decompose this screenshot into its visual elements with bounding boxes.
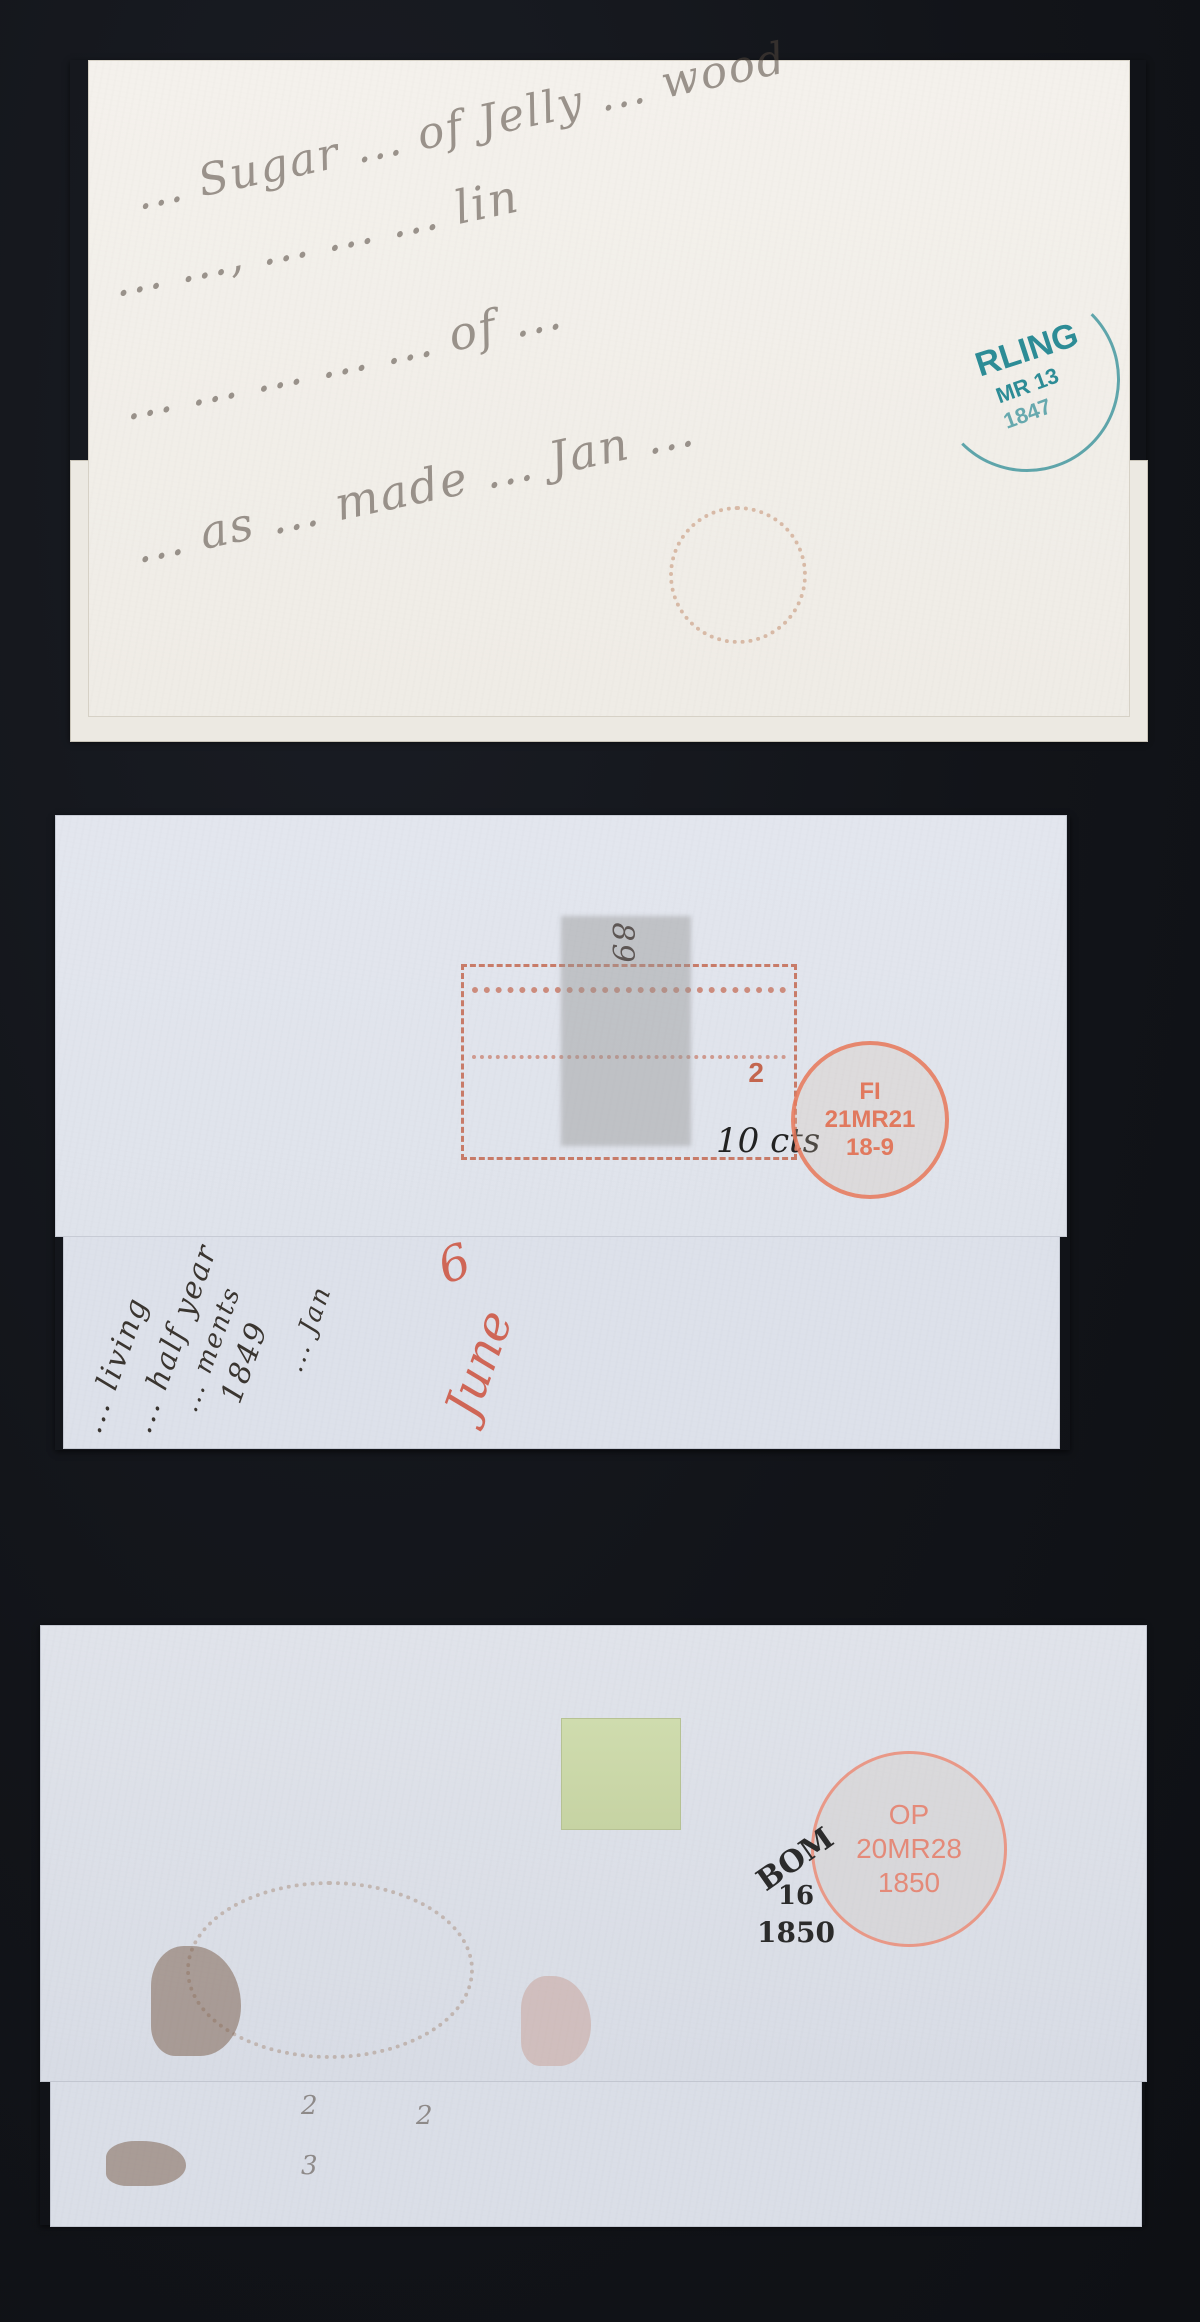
- postmark-date: 21MR21: [825, 1108, 916, 1132]
- tape-notation: 89: [605, 922, 640, 964]
- cover-1-folded-letter: ... Sugar ... of Jelly ... wood ... ...,…: [70, 60, 1146, 740]
- postmark-code: FI: [859, 1080, 880, 1104]
- cover-3-lower-panel: 2 3 2: [50, 2070, 1142, 2227]
- manuscript-figure: 2: [301, 2091, 320, 2121]
- green-postage-stamp: [561, 1718, 681, 1830]
- cover-2-folded-letter: ... living ... half year ... ments 1849 …: [55, 815, 1070, 1450]
- blue-circular-datestamp: RLING MR 13 1847: [934, 286, 1120, 472]
- postmark-year: 18-9: [846, 1136, 894, 1160]
- manuscript-figure: 3: [301, 2151, 320, 2181]
- red-circular-datestamp: FI 21MR21 18-9: [791, 1041, 949, 1199]
- black-circular-datestamp: BOM 16 1850: [701, 1801, 891, 1991]
- postmark-code: OP: [889, 1801, 929, 1829]
- cover-2-lower-panel: ... living ... half year ... ments 1849 …: [63, 1225, 1060, 1449]
- cover-1-front-panel: ... Sugar ... of Jelly ... wood ... ...,…: [88, 60, 1130, 717]
- cover-3-upper-panel: OP 20MR28 1850 BOM 16 1850: [40, 1625, 1147, 2082]
- cover-2-upper-panel: 2 89 10 cts FI 21MR21 18-9: [55, 815, 1067, 1237]
- stain: [106, 2141, 186, 2186]
- manuscript-figure: 2: [416, 2101, 435, 2131]
- postmark-year: 1850: [757, 1919, 835, 1947]
- handstamp-rate: 2: [748, 1057, 764, 1089]
- faded-red-mark: [669, 506, 807, 644]
- cover-3-folded-letter: 2 3 2 OP 20MR28 1850 BOM 16 1850: [40, 1625, 1145, 2225]
